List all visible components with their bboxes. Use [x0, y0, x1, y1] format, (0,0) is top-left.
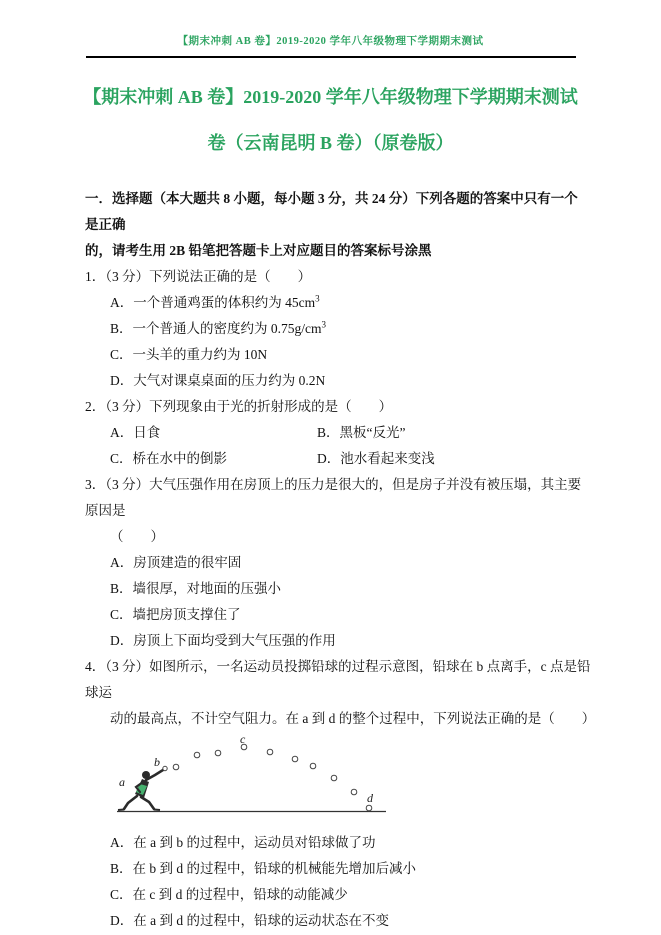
question4-stem-line1: 4．（3 分）如图所示，一名运动员投掷铅球的过程示意图，铅球在 b 点离手，c …: [85, 654, 591, 706]
shot-put-trajectory-diagram: a b c d: [101, 736, 421, 826]
thrower-front-foot: [154, 810, 160, 811]
question4-option-b: B．在 b 到 d 的过程中，铅球的机械能先增加后减小: [85, 856, 591, 882]
page-header: 【期末冲刺 AB 卷】2019-2020 学年八年级物理下学期期末测试: [0, 0, 661, 58]
question2-option-c: C．桥在水中的倒影: [85, 446, 317, 472]
question1-option-c: C．一头羊的重力约为 10N: [85, 342, 591, 368]
question2-option-b: B．黑板“反光”: [317, 420, 591, 446]
question3-option-a: A．房顶建造的很牢固: [85, 550, 591, 576]
trajectory-dot: [173, 764, 179, 770]
trajectory-dot: [366, 805, 372, 811]
thrower-back-leg: [124, 796, 137, 809]
question3-stem-line2: （ ）: [85, 524, 591, 550]
trajectory-dot: [292, 756, 298, 762]
header-running-title: 【期末冲刺 AB 卷】2019-2020 学年八年级物理下学期期末测试: [0, 0, 661, 48]
trajectory-dot: [310, 763, 316, 769]
thrower-back-foot: [118, 810, 124, 811]
question1-stem: 1．（3 分）下列说法正确的是（ ）: [85, 264, 591, 290]
point-label-b: b: [154, 755, 160, 769]
question1-option-d: D．大气对课桌桌面的压力约为 0.2N: [85, 368, 591, 394]
question2-option-d: D．池水看起来变浅: [317, 446, 591, 472]
thrower-front-leg: [141, 797, 154, 809]
question1-option-b: B．一个普通人的密度约为 0.75g/cm3: [85, 316, 591, 342]
document-title: 【期末冲刺 AB 卷】2019-2020 学年八年级物理下学期期末测试 卷（云南…: [60, 74, 601, 166]
question4-figure: a b c d: [101, 736, 591, 828]
point-label-c: c: [240, 736, 246, 746]
document-body: 一．选择题（本大题共 8 小题，每小题 3 分，共 24 分）下列各题的答案中只…: [85, 186, 591, 934]
question1-option-a-text: A．一个普通鸡蛋的体积约为 45cm: [110, 295, 315, 310]
document-title-line1: 【期末冲刺 AB 卷】2019-2020 学年八年级物理下学期期末测试: [60, 74, 601, 120]
trajectory-dot: [331, 775, 337, 781]
shot-ball-in-hand: [163, 766, 167, 770]
question4-stem-line2: 动的最高点，不计空气阻力。在 a 到 d 的整个过程中，下列说法正确的是（ ）: [85, 706, 591, 732]
trajectory-dot: [194, 752, 200, 758]
trajectory-dots: [173, 744, 372, 811]
question2-option-row2: C．桥在水中的倒影 D．池水看起来变浅: [85, 446, 591, 472]
header-divider: [86, 56, 576, 58]
document-page: 【期末冲刺 AB 卷】2019-2020 学年八年级物理下学期期末测试 【期末冲…: [0, 0, 661, 935]
trajectory-dot: [267, 749, 273, 755]
question1-option-a-superscript: 3: [315, 294, 320, 304]
question1-option-b-superscript: 3: [322, 320, 327, 330]
section-heading-line1: 一．选择题（本大题共 8 小题，每小题 3 分，共 24 分）下列各题的答案中只…: [85, 186, 591, 238]
question3-option-c: C．墙把房顶支撑住了: [85, 602, 591, 628]
trajectory-dot: [215, 750, 221, 756]
question4-option-a: A．在 a 到 b 的过程中，运动员对铅球做了功: [85, 830, 591, 856]
section-heading-line2: 的，请考生用 2B 铅笔把答题卡上对应题目的答案标号涂黑: [85, 238, 591, 264]
trajectory-dot: [351, 789, 357, 795]
question3-option-b: B．墙很厚，对地面的压强小: [85, 576, 591, 602]
question4-option-c: C．在 c 到 d 的过程中，铅球的动能减少: [85, 882, 591, 908]
question3-option-d: D．房顶上下面均受到大气压强的作用: [85, 628, 591, 654]
question1-option-a: A．一个普通鸡蛋的体积约为 45cm3: [85, 290, 591, 316]
question3-stem-line1: 3．（3 分）大气压强作用在房顶上的压力是很大的，但是房子并没有被压塌，其主要原…: [85, 472, 591, 524]
question2-option-row1: A．日食 B．黑板“反光”: [85, 420, 591, 446]
shot-putter-figure: [118, 766, 167, 810]
document-title-line2: 卷（云南昆明 B 卷）（原卷版）: [60, 120, 601, 166]
question4-option-d: D．在 a 到 d 的过程中，铅球的运动状态在不变: [85, 908, 591, 934]
point-label-a: a: [119, 775, 125, 789]
point-label-d: d: [367, 791, 374, 805]
question1-option-b-text: B．一个普通人的密度约为 0.75g/cm: [110, 321, 322, 336]
question2-stem: 2．（3 分）下列现象由于光的折射形成的是（ ）: [85, 394, 591, 420]
question2-option-a: A．日食: [85, 420, 317, 446]
